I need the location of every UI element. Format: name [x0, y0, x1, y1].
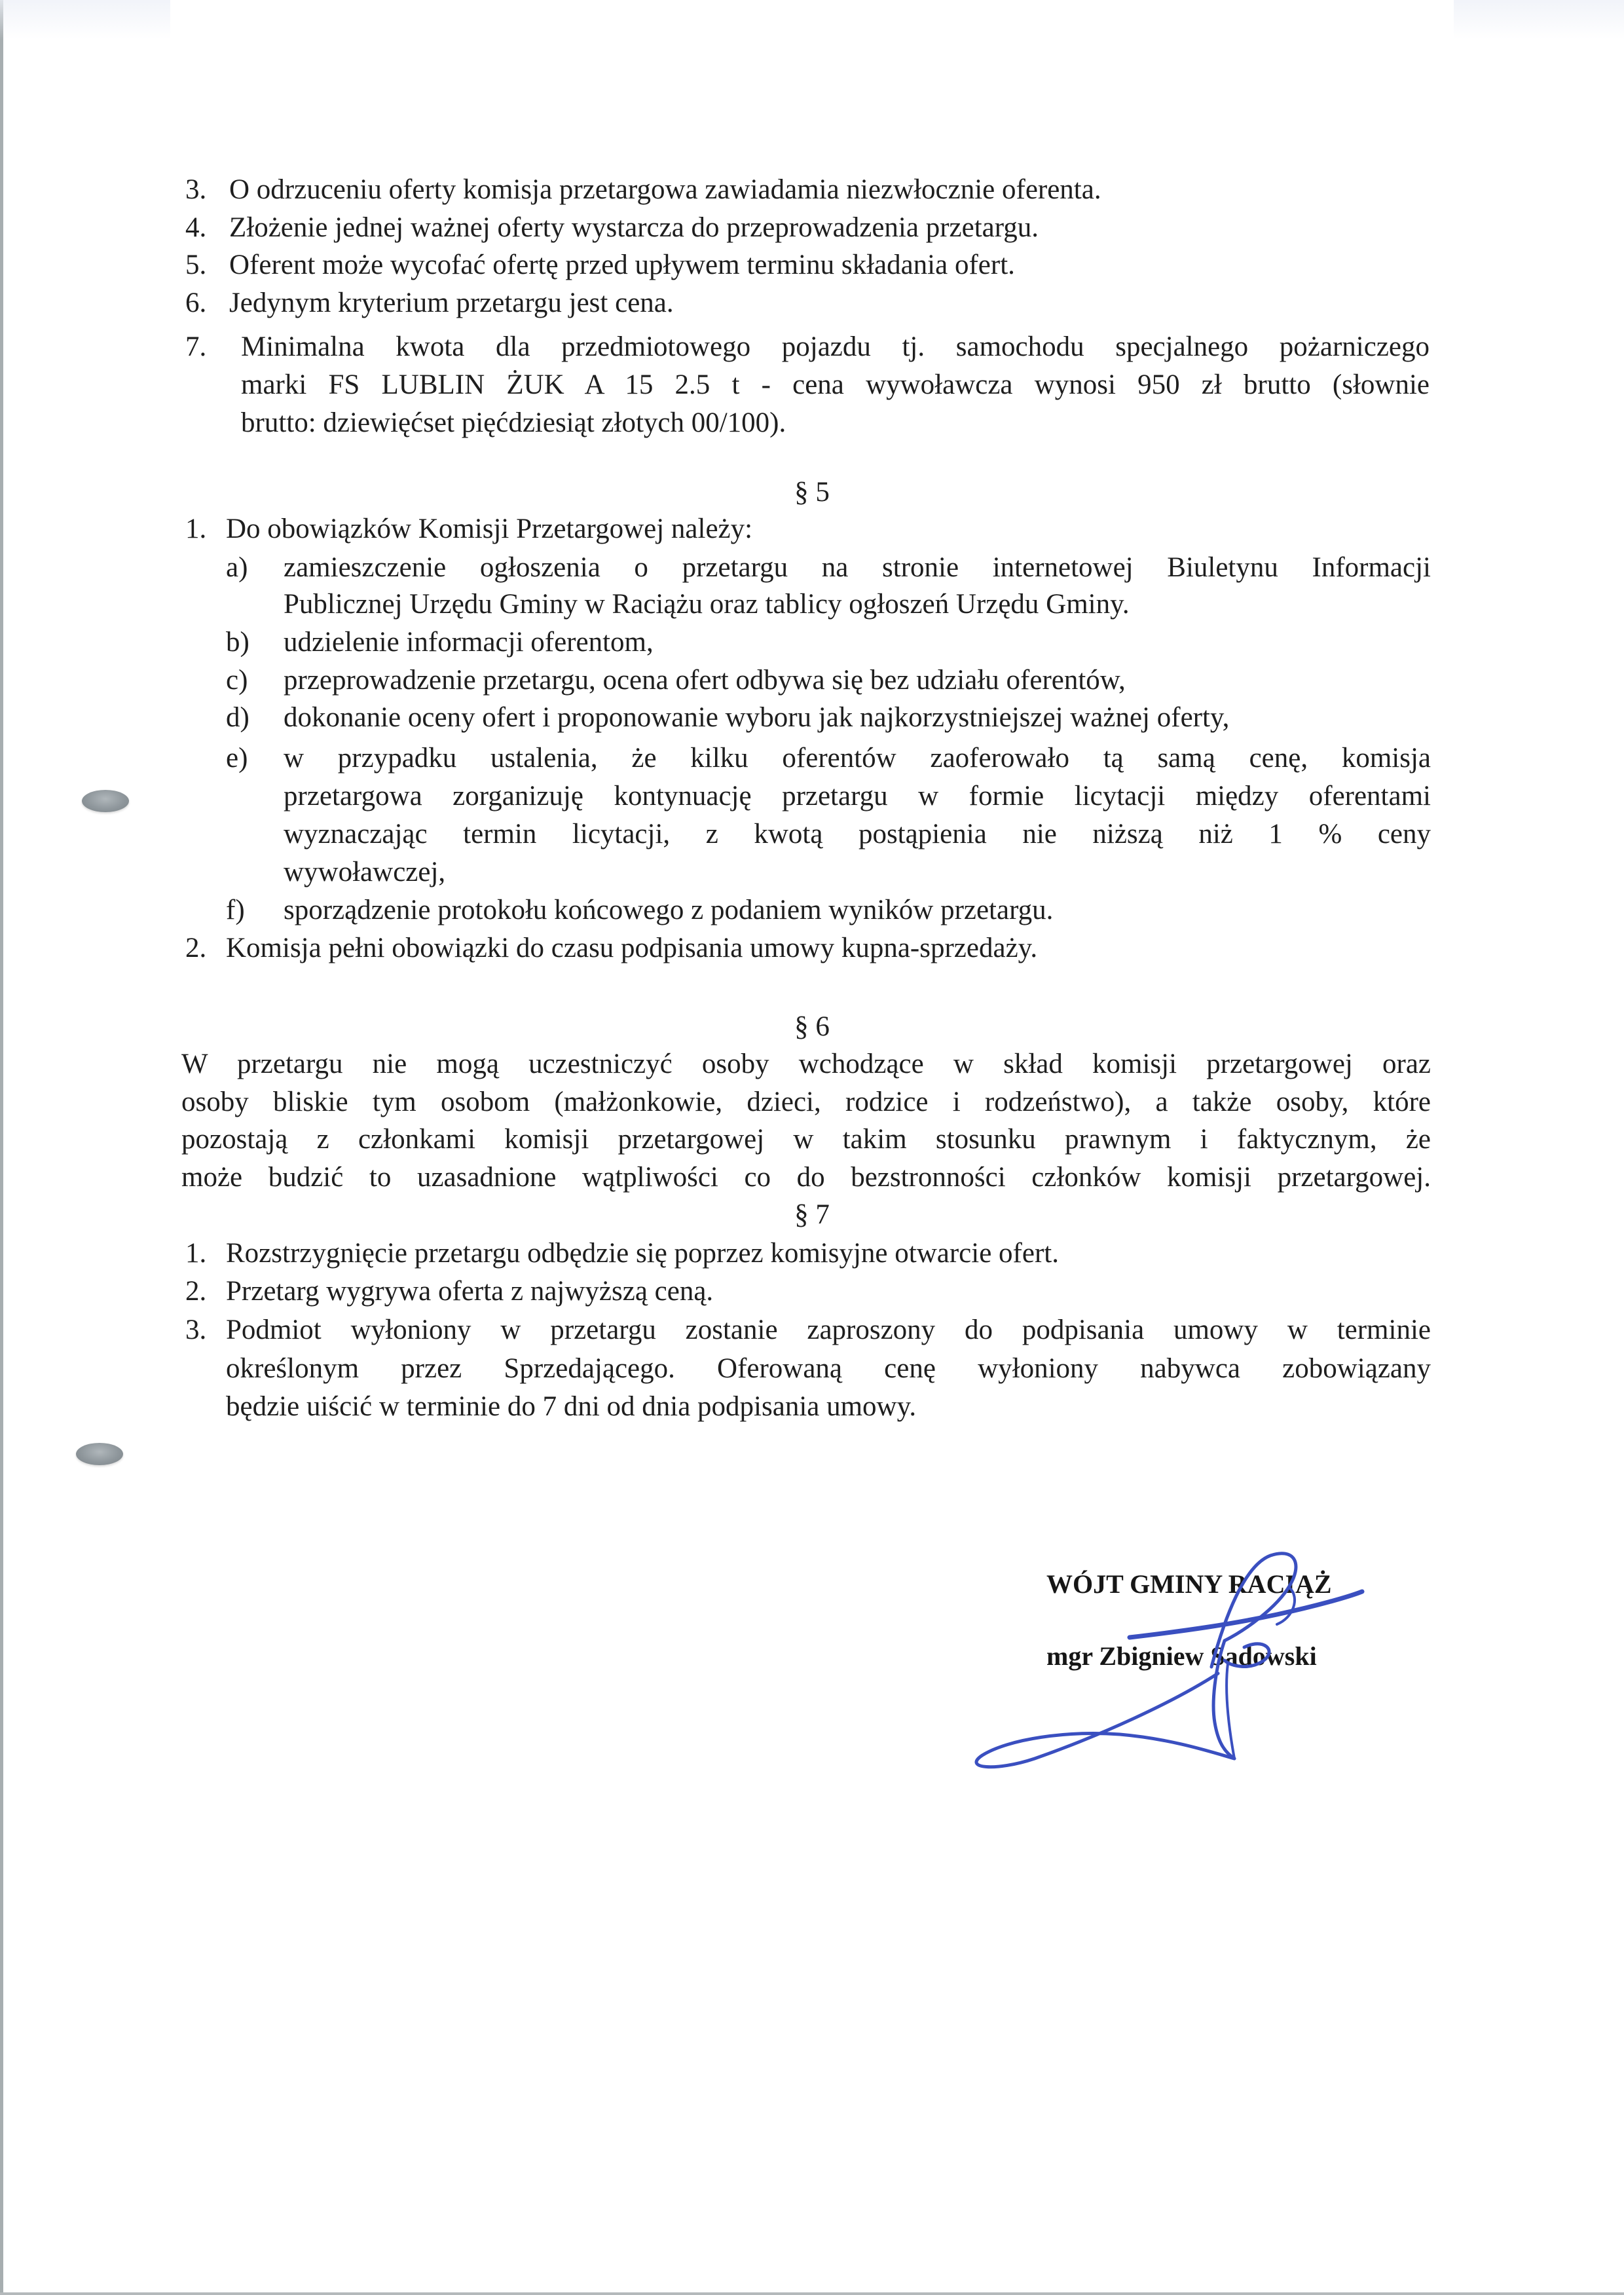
- sublist-text: wywoławczej,: [284, 854, 445, 891]
- section-heading: § 7: [0, 1197, 1624, 1233]
- list-item-text: będzie uiścić w terminie do 7 dni od dni…: [226, 1389, 916, 1425]
- list-number: 7.: [185, 329, 206, 365]
- paragraph-line: osoby bliskie tym osobom (małżonkowie, d…: [181, 1084, 1431, 1121]
- list-item-text: Przetarg wygrywa oferta z najwyższą ceną…: [226, 1273, 713, 1310]
- sublist-text: wyznaczając termin licytacji, z kwotą po…: [284, 816, 1431, 853]
- list-item-text: Oferent może wycofać ofertę przed upływe…: [229, 247, 1015, 284]
- punch-hole: [76, 1443, 123, 1465]
- list-item-text: O odrzuceniu oferty komisja przetargowa …: [229, 172, 1101, 208]
- list-number: 3.: [185, 1312, 206, 1349]
- paragraph-line: może budzić to uzasadnione wątpliwości c…: [181, 1159, 1431, 1196]
- list-number: 4.: [185, 210, 206, 246]
- list-item-text: Jedynym kryterium przetargu jest cena.: [229, 285, 674, 322]
- list-item-text: Komisja pełni obowiązki do czasu podpisa…: [226, 930, 1037, 967]
- sublist-text: przeprowadzenie przetargu, ocena ofert o…: [284, 662, 1126, 699]
- list-item-text: marki FS LUBLIN ŻUK A 15 2.5 t - cena wy…: [241, 367, 1430, 403]
- handwritten-signature-icon: [936, 1526, 1421, 1768]
- list-item-text: określonym przez Sprzedającego. Oferowan…: [226, 1351, 1431, 1387]
- sublist-text: zamieszczenie ogłoszenia o przetargu na …: [284, 550, 1431, 586]
- list-item-text: Podmiot wyłoniony w przetargu zostanie z…: [226, 1312, 1431, 1349]
- list-number: 1.: [185, 1235, 206, 1272]
- list-item-text: Do obowiązków Komisji Przetargowej należ…: [226, 511, 752, 548]
- section-heading: § 6: [0, 1009, 1624, 1045]
- scan-bottom-edge: [0, 2292, 1624, 2295]
- list-number: 6.: [185, 285, 206, 322]
- sublist-text: Publicznej Urzędu Gminy w Raciążu oraz t…: [284, 586, 1130, 623]
- list-number: 2.: [185, 1273, 206, 1310]
- list-item-text: Rozstrzygnięcie przetargu odbędzie się p…: [226, 1235, 1059, 1272]
- list-item-text: Minimalna kwota dla przedmiotowego pojaz…: [241, 329, 1430, 365]
- sublist-text: udzielenie informacji oferentom,: [284, 624, 654, 661]
- list-item-text: Złożenie jednej ważnej oferty wystarcza …: [229, 210, 1039, 246]
- section-heading: § 5: [0, 474, 1624, 511]
- list-number: 1.: [185, 511, 206, 548]
- scan-tint: [0, 0, 170, 39]
- list-number: 5.: [185, 247, 206, 284]
- list-item-text: brutto: dziewięćset pięćdziesiąt złotych…: [241, 405, 786, 441]
- sublist-letter: e): [226, 740, 248, 777]
- sublist-text: przetargowa zorganizuję kontynuację prze…: [284, 778, 1431, 815]
- list-number: 3.: [185, 172, 206, 208]
- scan-left-edge: [0, 0, 3, 2295]
- scan-tint: [1454, 0, 1624, 39]
- sublist-letter: c): [226, 662, 248, 699]
- list-number: 2.: [185, 930, 206, 967]
- paragraph-line: pozostają z członkami komisji przetargow…: [181, 1121, 1431, 1158]
- sublist-letter: d): [226, 700, 249, 736]
- paragraph-line: W przetargu nie mogą uczestniczyć osoby …: [181, 1046, 1431, 1083]
- sublist-letter: f): [226, 892, 245, 929]
- punch-hole: [82, 790, 129, 812]
- sublist-text: sporządzenie protokołu końcowego z podan…: [284, 892, 1053, 929]
- sublist-letter: a): [226, 550, 248, 586]
- sublist-text: dokonanie oceny ofert i proponowanie wyb…: [284, 700, 1229, 736]
- sublist-text: w przypadku ustalenia, że kilku oferentó…: [284, 740, 1431, 777]
- sublist-letter: b): [226, 624, 249, 661]
